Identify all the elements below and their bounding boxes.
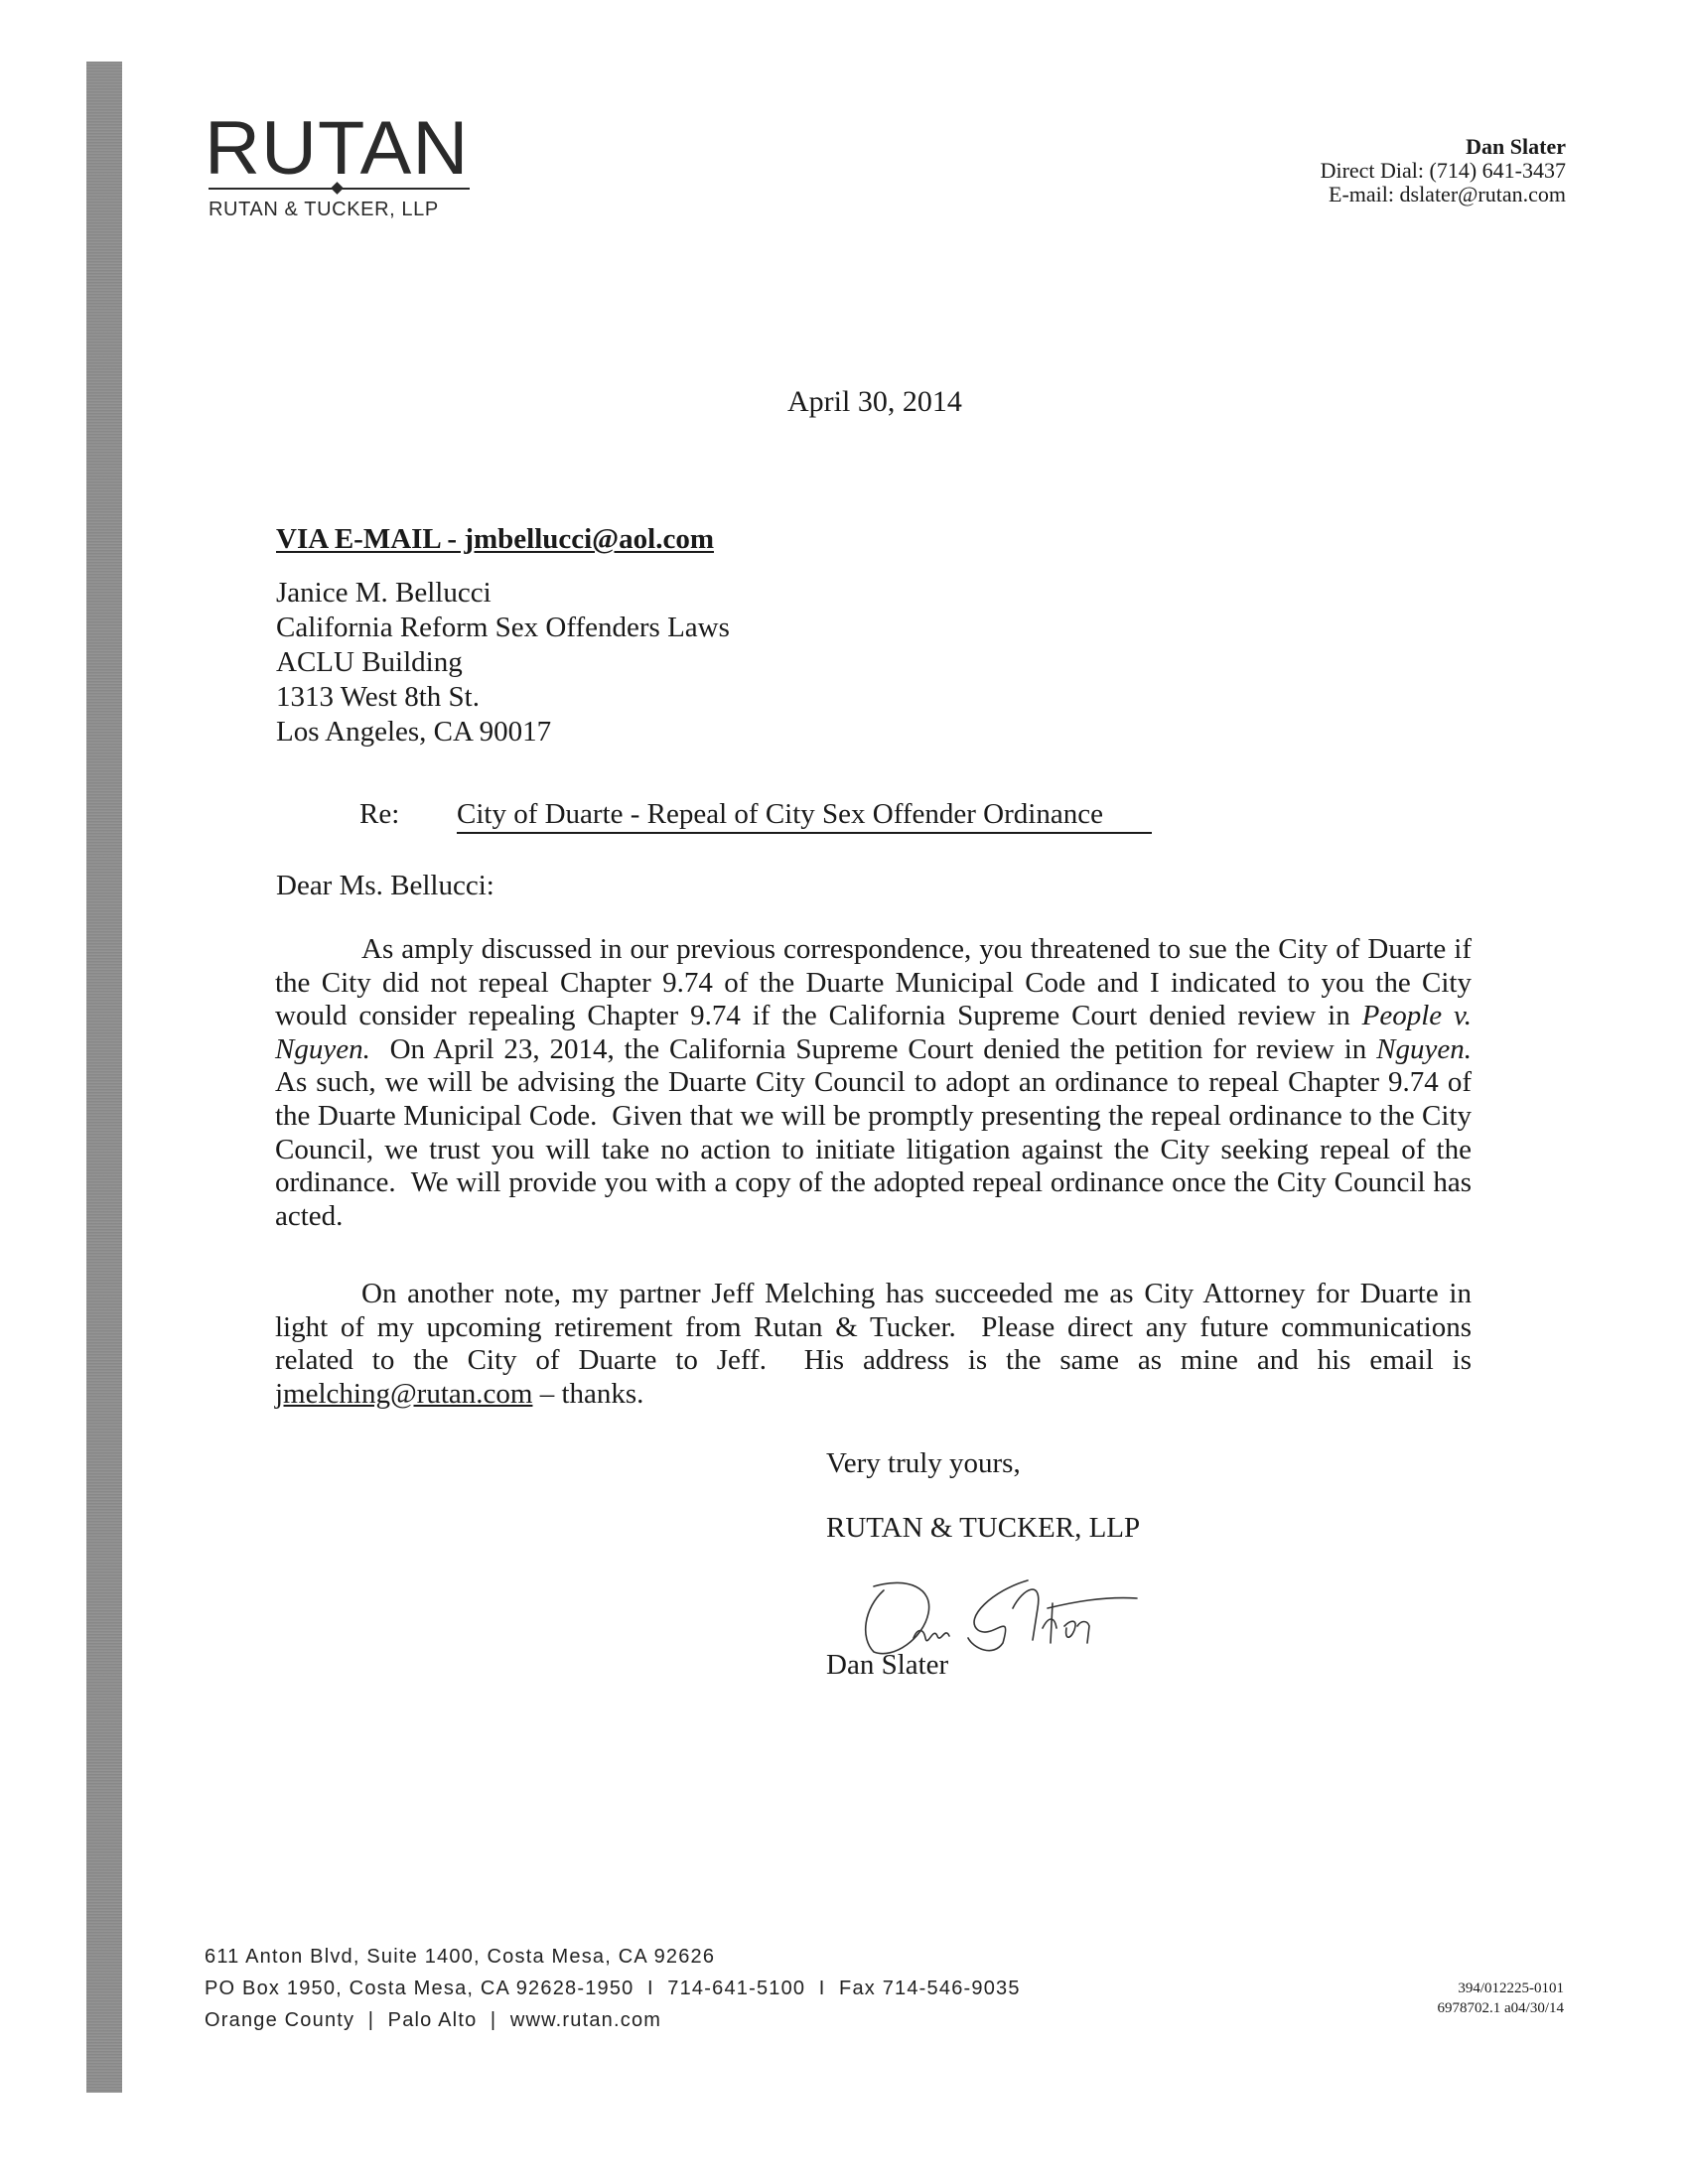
recipient-line: Janice M. Bellucci xyxy=(276,576,730,611)
sender-name: Dan Slater xyxy=(1321,135,1566,159)
sender-email: E-mail: dslater@rutan.com xyxy=(1321,183,1566,206)
sender-block: Dan Slater Direct Dial: (714) 641-3437 E… xyxy=(1321,135,1566,206)
body-paragraph-1: As amply discussed in our previous corre… xyxy=(275,933,1472,1233)
document-reference: 394/012225-0101 6978702.1 a04/30/14 xyxy=(1400,1979,1564,2018)
re-subject: City of Duarte - Repeal of City Sex Offe… xyxy=(457,798,1152,834)
footer-line: Orange County | Palo Alto | www.rutan.co… xyxy=(205,2004,1021,2036)
closing-firm: RUTAN & TUCKER, LLP xyxy=(826,1512,1140,1545)
logo-wordmark: RUTAN xyxy=(205,111,469,187)
sender-direct-dial: Direct Dial: (714) 641-3437 xyxy=(1321,159,1566,183)
letter-date: April 30, 2014 xyxy=(787,385,962,419)
case-name-short: Nguyen. xyxy=(1376,1033,1472,1065)
email-link[interactable]: jmelching@rutan.com xyxy=(275,1378,532,1410)
body-paragraph-2: On another note, my partner Jeff Melchin… xyxy=(275,1278,1472,1411)
scan-edge-bar xyxy=(86,62,122,2093)
doc-ref-matter: 394/012225-0101 xyxy=(1400,1979,1564,1998)
recipient-line: 1313 West 8th St. xyxy=(276,680,730,715)
body-text: – thanks. xyxy=(532,1378,643,1410)
footer-address: 611 Anton Blvd, Suite 1400, Costa Mesa, … xyxy=(205,1941,1021,2036)
recipient-line: California Reform Sex Offenders Laws xyxy=(276,611,730,645)
recipient-line: ACLU Building xyxy=(276,645,730,680)
body-text: On another note, my partner Jeff Melchin… xyxy=(275,1278,1478,1376)
recipient-address: Janice M. Bellucci California Reform Sex… xyxy=(276,576,730,750)
logo-firm-name: RUTAN & TUCKER, LLP xyxy=(209,199,439,220)
body-text: On April 23, 2014, the California Suprem… xyxy=(370,1033,1376,1065)
doc-ref-version: 6978702.1 a04/30/14 xyxy=(1400,1998,1564,2018)
valediction: Very truly yours, xyxy=(826,1447,1021,1479)
salutation: Dear Ms. Bellucci: xyxy=(276,870,494,902)
body-text: As amply discussed in our previous corre… xyxy=(275,933,1472,1031)
footer-line: 611 Anton Blvd, Suite 1400, Costa Mesa, … xyxy=(205,1941,1021,1973)
signer-name: Dan Slater xyxy=(826,1649,948,1682)
delivery-method: VIA E-MAIL - jmbellucci@aol.com xyxy=(276,523,714,556)
footer-line: PO Box 1950, Costa Mesa, CA 92628-1950 I… xyxy=(205,1973,1021,2004)
recipient-line: Los Angeles, CA 90017 xyxy=(276,715,730,750)
re-label: Re: xyxy=(359,798,399,831)
